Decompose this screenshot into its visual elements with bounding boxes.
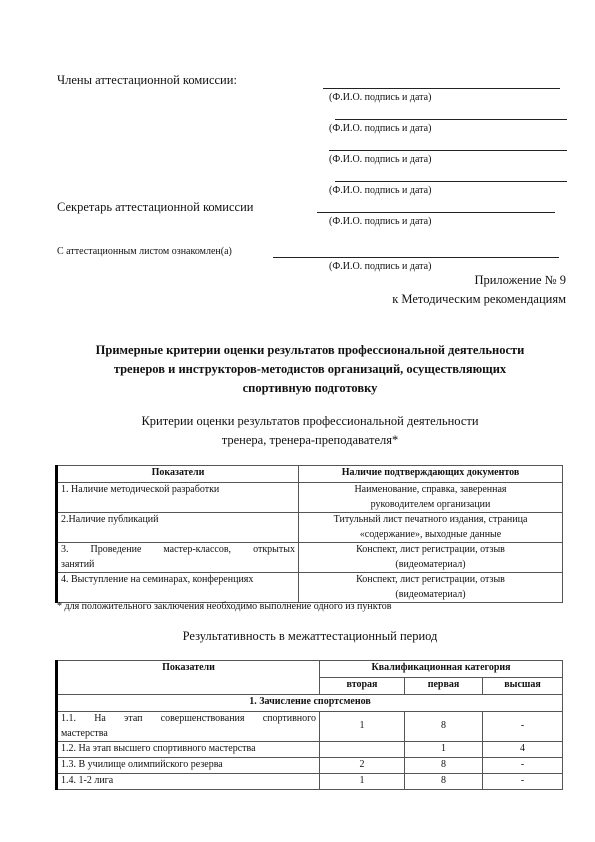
table-row: 1.1. На этап совершенствования спортивно…: [57, 712, 563, 742]
value-cell-highest: -: [483, 773, 563, 789]
fio-caption: (Ф.И.О. подпись и дата): [329, 216, 431, 227]
indicator-cell: 1.2. На этап высшего спортивного мастерс…: [57, 742, 320, 758]
indicator-cell: 1.4. 1-2 лига: [57, 773, 320, 789]
indicator-cell: 1.1. На этап совершенствования спортивно…: [57, 712, 320, 742]
value-cell-first: 8: [405, 712, 483, 742]
table-row: 1. Наличие методической разработки Наиме…: [57, 483, 563, 513]
main-title-line-2: тренеров и инструкторов-методистов орган…: [0, 362, 595, 377]
fio-caption: (Ф.И.О. подпись и дата): [329, 92, 431, 103]
value-cell-first: 1: [405, 742, 483, 758]
commission-members-label: Члены аттестационной комиссии:: [57, 73, 237, 88]
indicator-cell: 3. Проведение мастер-классов, открытыхза…: [57, 543, 299, 573]
column-header-first: первая: [405, 678, 483, 695]
value-cell-highest: 4: [483, 742, 563, 758]
member-signature-line-4[interactable]: [335, 181, 567, 182]
appendix-number: Приложение № 9: [474, 273, 566, 288]
column-header-category: Квалификационная категория: [320, 661, 563, 678]
member-signature-line-2[interactable]: [335, 119, 567, 120]
acquainted-signature-line[interactable]: [273, 257, 559, 258]
table-row: 3. Проведение мастер-классов, открытыхза…: [57, 543, 563, 573]
indicator-cell: 1. Наличие методической разработки: [57, 483, 299, 513]
criteria-title-line-1: Критерии оценки результатов профессионал…: [0, 414, 595, 429]
member-signature-line-3[interactable]: [329, 150, 567, 151]
criteria-title-line-2: тренера, тренера-преподавателя*: [0, 433, 595, 448]
column-header-indicators: Показатели: [57, 466, 299, 483]
results-table: Показатели Квалификационная категория вт…: [55, 660, 563, 790]
acquainted-label: С аттестационным листом ознакомлен(а): [57, 246, 232, 257]
value-cell-second: [320, 742, 405, 758]
value-cell-first: 8: [405, 773, 483, 789]
fio-caption: (Ф.И.О. подпись и дата): [329, 261, 431, 272]
indicator-cell: 2.Наличие публикаций: [57, 513, 299, 543]
main-title-line-3: спортивную подготовку: [0, 381, 595, 396]
column-header-second: вторая: [320, 678, 405, 695]
member-signature-line-1[interactable]: [323, 88, 560, 89]
table-row: 1.3. В училище олимпийского резерва 2 8 …: [57, 757, 563, 773]
table-row: 2.Наличие публикаций Титульный лист печа…: [57, 513, 563, 543]
documents-cell: Наименование, справка, завереннаяруковод…: [299, 483, 563, 513]
value-cell-second: 1: [320, 712, 405, 742]
value-cell-second: 1: [320, 773, 405, 789]
group-title: 1. Зачисление спортсменов: [57, 695, 563, 712]
documents-cell: Конспект, лист регистрации, отзыв(видеом…: [299, 543, 563, 573]
fio-caption: (Ф.И.О. подпись и дата): [329, 123, 431, 134]
criteria-table: Показатели Наличие подтверждающих докуме…: [55, 465, 563, 603]
value-cell-highest: -: [483, 757, 563, 773]
value-cell-first: 8: [405, 757, 483, 773]
indicator-cell: 4. Выступление на семинарах, конференция…: [57, 573, 299, 603]
appendix-reference: к Методическим рекомендациям: [392, 292, 566, 307]
main-title-line-1: Примерные критерии оценки результатов пр…: [0, 343, 595, 358]
column-header-indicators: Показатели: [57, 661, 320, 695]
fio-caption: (Ф.И.О. подпись и дата): [329, 154, 431, 165]
table-row: 1.4. 1-2 лига 1 8 -: [57, 773, 563, 789]
value-cell-second: 2: [320, 757, 405, 773]
criteria-footnote: * для положительного заключения необходи…: [57, 601, 391, 612]
table-row: 4. Выступление на семинарах, конференция…: [57, 573, 563, 603]
value-cell-highest: -: [483, 712, 563, 742]
column-header-documents: Наличие подтверждающих документов: [299, 466, 563, 483]
secretary-label: Секретарь аттестационной комиссии: [57, 200, 253, 215]
indicator-cell: 1.3. В училище олимпийского резерва: [57, 757, 320, 773]
column-header-highest: высшая: [483, 678, 563, 695]
fio-caption: (Ф.И.О. подпись и дата): [329, 185, 431, 196]
secretary-signature-line[interactable]: [317, 212, 555, 213]
table-row: 1.2. На этап высшего спортивного мастерс…: [57, 742, 563, 758]
documents-cell: Конспект, лист регистрации, отзыв(видеом…: [299, 573, 563, 603]
results-title: Результативность в межаттестационный пер…: [0, 629, 595, 644]
documents-cell: Титульный лист печатного издания, страни…: [299, 513, 563, 543]
